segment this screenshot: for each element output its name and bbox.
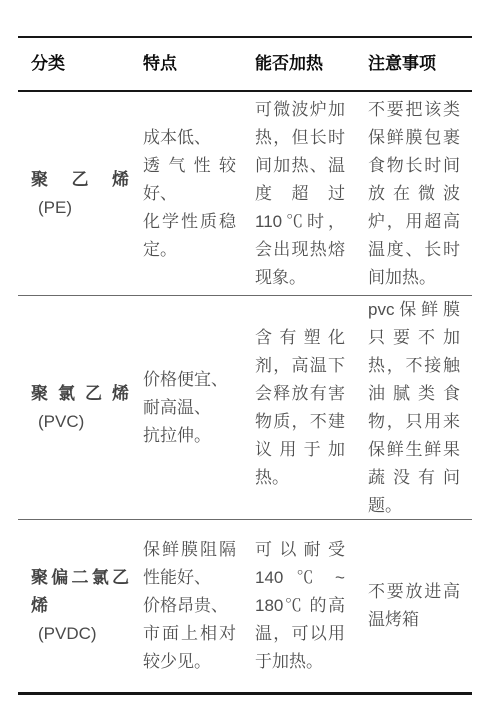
features-cell: 保鲜膜阻隔性能好、 价格昂贵、 市面上相对较少见。 <box>141 536 255 676</box>
category-name: 聚乙烯 <box>31 166 129 194</box>
table-row-pe: 聚乙烯 (PE) 成本低、 透气性较好、 化学性质稳定。 可微波炉加热，但长时间… <box>18 92 472 295</box>
category-code: (PE) <box>31 194 129 222</box>
header-notes: 注意事项 <box>366 54 472 74</box>
category-cell: 聚偏二氯乙烯 (PVDC) <box>18 564 141 648</box>
feature-item: 化学性质稳定。 <box>143 208 236 264</box>
feature-item: 市面上相对较少见。 <box>143 620 236 676</box>
category-name: 聚偏二氯乙烯 <box>31 564 129 620</box>
features-cell: 价格便宜、 耐高温、 抗拉伸。 <box>141 366 255 450</box>
category-code: (PVDC) <box>31 620 129 648</box>
plastic-wrap-comparison-table: 分类 特点 能否加热 注意事项 聚乙烯 (PE) 成本低、 透气性较好、 化学性… <box>18 36 472 695</box>
heatable-cell: 可微波炉加热，但长时间加热、温度超过110℃时，会出现热熔现象。 <box>255 96 366 292</box>
table-row-pvdc: 聚偏二氯乙烯 (PVDC) 保鲜膜阻隔性能好、 价格昂贵、 市面上相对较少见。 … <box>18 519 472 692</box>
category-cell: 聚氯乙烯 (PVC) <box>18 380 141 436</box>
notes-cell: 不要放进高温烤箱 <box>366 578 472 634</box>
category-code: (PVC) <box>31 408 129 436</box>
feature-item: 价格便宜、 <box>143 366 236 394</box>
category-name: 聚氯乙烯 <box>31 380 129 408</box>
header-category: 分类 <box>18 54 141 74</box>
header-heatable: 能否加热 <box>255 54 366 74</box>
feature-item: 透气性较好、 <box>143 152 236 208</box>
feature-item: 抗拉伸。 <box>143 422 236 450</box>
table-header-row: 分类 特点 能否加热 注意事项 <box>18 38 472 92</box>
category-cell: 聚乙烯 (PE) <box>18 166 141 222</box>
heatable-cell: 可以耐受140 ℃ ~ 180℃ 的高温，可以用于加热。 <box>255 536 366 676</box>
feature-item: 保鲜膜阻隔性能好、 <box>143 536 236 592</box>
feature-item: 价格昂贵、 <box>143 592 236 620</box>
header-features: 特点 <box>141 54 255 74</box>
feature-item: 成本低、 <box>143 124 236 152</box>
heatable-cell: 含有塑化剂，高温下会释放有害物质，不建议用于加热。 <box>255 324 366 492</box>
feature-item: 耐高温、 <box>143 394 236 422</box>
table-row-pvc: 聚氯乙烯 (PVC) 价格便宜、 耐高温、 抗拉伸。 含有塑化剂，高温下会释放有… <box>18 295 472 519</box>
notes-cell: pvc保鲜膜只要不加热，不接触油腻类食物，只用来保鲜生鲜果蔬没有问题。 <box>366 296 472 520</box>
features-cell: 成本低、 透气性较好、 化学性质稳定。 <box>141 124 255 264</box>
notes-cell: 不要把该类保鲜膜包裹食物长时间放在微波炉，用超高温度、长时间加热。 <box>366 96 472 292</box>
